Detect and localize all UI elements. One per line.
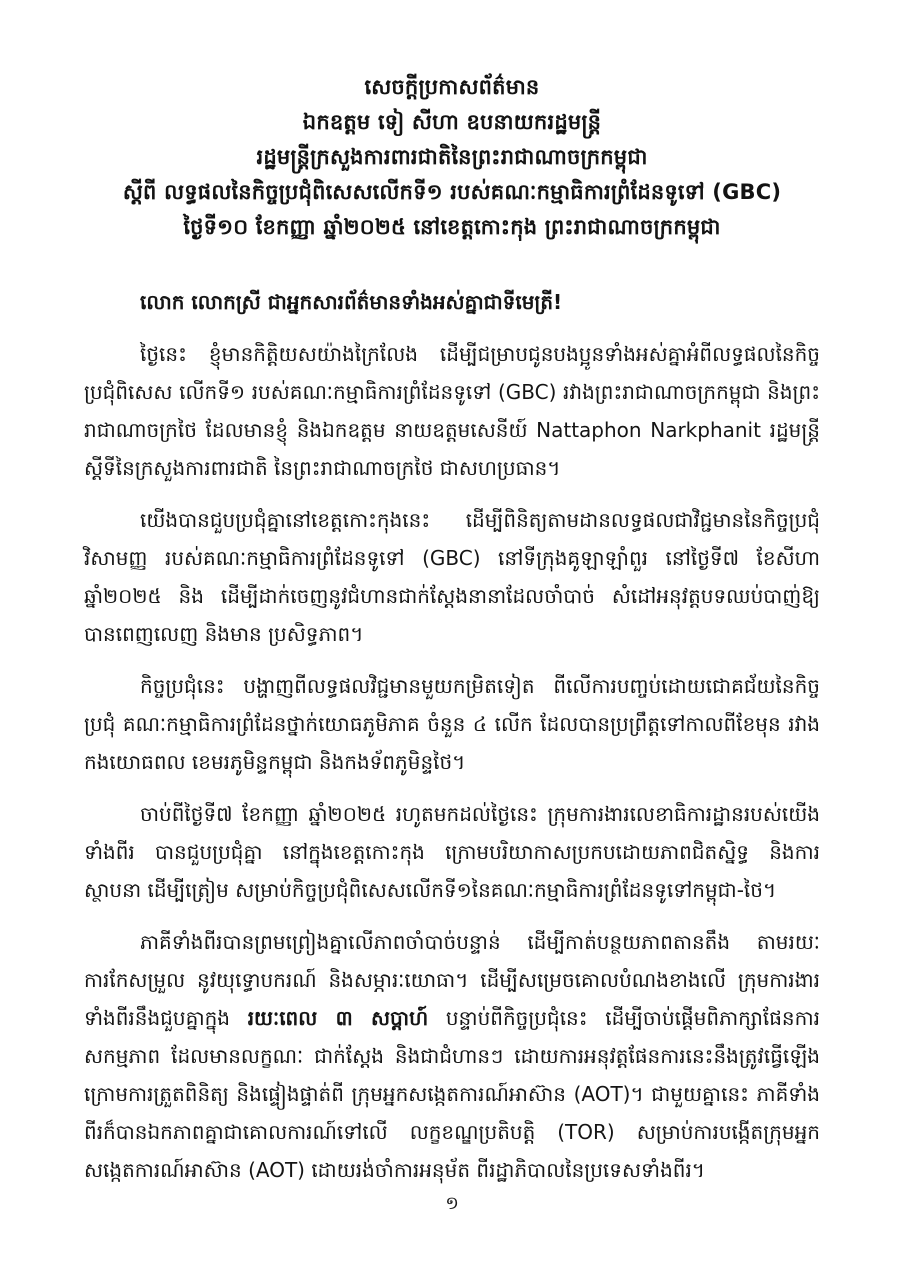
page-number: ១ (445, 1193, 459, 1214)
body-paragraph-2: យើងបានជួបប្រជុំគ្នានៅខេត្តកោះកុងនេះ ដើម្… (84, 501, 820, 653)
body-paragraph-1: ថ្ងៃនេះ ខ្ញុំមានកិត្តិយសយ៉ាងក្រៃលែង ដើម្… (84, 335, 820, 487)
document-page: សេចក្តីប្រកាសព័ត៌មាន ឯកឧត្តម ទៀ សីហា ឧបន… (0, 0, 904, 1280)
paragraph-5-post-text: បន្ទាប់ពីកិច្ចប្រជុំនេះ ដើម្បីចាប់ផ្តើមព… (84, 1006, 820, 1182)
document-body: លោក លោកស្រី ជាអ្នកសារព័ត៌មានទាំងអស់គ្នាជ… (84, 283, 820, 1189)
date-venue-line: ថ្ងៃទី១០ ខែកញ្ញា ឆ្នាំ២០២៥ នៅខេត្តកោះកុង… (84, 210, 820, 245)
document-type-title: សេចក្តីប្រកាសព័ត៌មាន (84, 70, 820, 105)
salutation-line: លោក លោកស្រី ជាអ្នកសារព័ត៌មានទាំងអស់គ្នាជ… (84, 283, 820, 321)
page-footer: ១ (0, 1191, 904, 1218)
body-paragraph-4: ចាប់ពីថ្ងៃទី៧ ខែកញ្ញា ឆ្នាំ២០២៥ រហូតមកដល… (84, 795, 820, 909)
body-paragraph-5: ភាគីទាំងពីរបានព្រមព្រៀងគ្នាលើភាពចាំបាច់ប… (84, 923, 820, 1189)
dignitary-name-line: ឯកឧត្តម ទៀ សីហា ឧបនាយករដ្ឋមន្ត្រី (84, 105, 820, 140)
document-header: សេចក្តីប្រកាសព័ត៌មាន ឯកឧត្តម ទៀ សីហា ឧបន… (84, 70, 820, 245)
subject-line: ស្តីពី លទ្ធផលនៃកិច្ចប្រជុំពិសេសលើកទី១ រប… (84, 175, 820, 210)
paragraph-5-bold-duration: រយៈពេល ៣ សប្តាហ៍ (248, 1006, 428, 1030)
body-paragraph-3: កិច្ចប្រជុំនេះ បង្ហាញពីលទ្ធផលវិជ្ជមានមួយ… (84, 667, 820, 781)
minister-title-line: រដ្ឋមន្ត្រីក្រសួងការពារជាតិនៃព្រះរាជាណាច… (84, 140, 820, 175)
